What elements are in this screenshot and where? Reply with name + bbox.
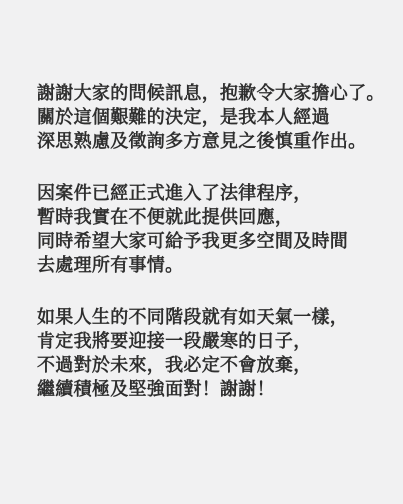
- statement-line: 謝謝大家的問候訊息，抱歉令大家擔心了。: [37, 81, 383, 105]
- statement-line: 不過對於未來，我必定不會放棄，: [37, 353, 383, 377]
- statement-line: 肯定我將要迎接一段嚴寒的日子，: [37, 329, 383, 353]
- statement-paragraph-2: 因案件已經正式進入了法律程序， 暫時我實在不便就此提供回應， 同時希望大家可給予…: [37, 181, 383, 277]
- statement-line: 關於這個艱難的決定，是我本人經過: [37, 105, 383, 129]
- statement-line: 因案件已經正式進入了法律程序，: [37, 181, 383, 205]
- statement-text-block: 謝謝大家的問候訊息，抱歉令大家擔心了。 關於這個艱難的決定，是我本人經過 深思熟…: [37, 81, 383, 401]
- statement-paragraph-3: 如果人生的不同階段就有如天氣一樣， 肯定我將要迎接一段嚴寒的日子， 不過對於未來…: [37, 305, 383, 401]
- statement-line: 如果人生的不同階段就有如天氣一樣，: [37, 305, 383, 329]
- statement-line: 深思熟慮及徵詢多方意見之後慎重作出。: [37, 129, 383, 153]
- statement-line: 暫時我實在不便就此提供回應，: [37, 205, 383, 229]
- statement-image: 謝謝大家的問候訊息，抱歉令大家擔心了。 關於這個艱難的決定，是我本人經過 深思熟…: [0, 0, 403, 504]
- statement-line: 去處理所有事情。: [37, 253, 383, 277]
- statement-line: 同時希望大家可給予我更多空間及時間: [37, 229, 383, 253]
- statement-line: 繼續積極及堅強面對！謝謝！: [37, 377, 383, 401]
- statement-paragraph-1: 謝謝大家的問候訊息，抱歉令大家擔心了。 關於這個艱難的決定，是我本人經過 深思熟…: [37, 81, 383, 153]
